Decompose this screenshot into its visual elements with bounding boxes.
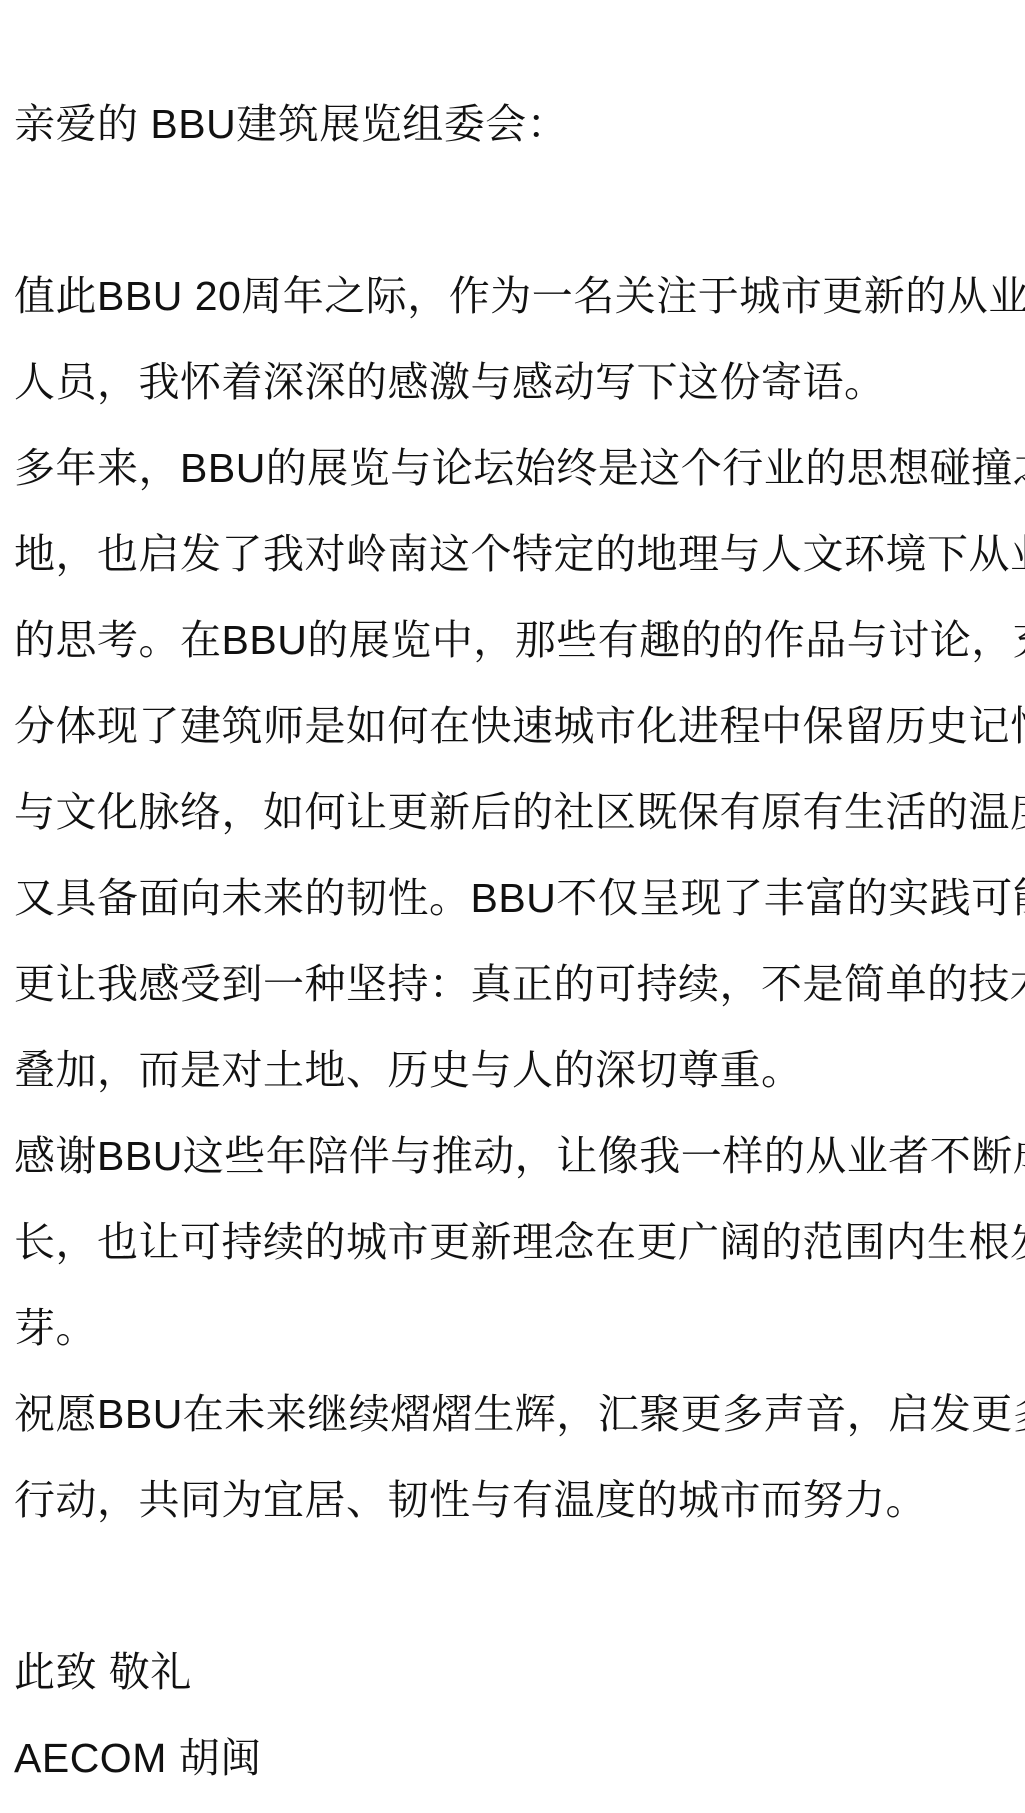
body-line: 与文化脉络，如何让更新后的社区既保有原有生活的温度， [14,769,1025,855]
body-line: 又具备面向未来的韧性。BBU不仅呈现了丰富的实践可能， [14,855,1025,941]
body-line: 多年来，BBU的展览与论坛始终是这个行业的思想碰撞之 [14,425,1025,511]
blank-line [14,1543,1025,1629]
body-line: 更让我感受到一种坚持：真正的可持续，不是简单的技术 [14,941,1025,1027]
blank-line [14,167,1025,253]
body-line: 人员，我怀着深深的感激与感动写下这份寄语。 [14,339,1025,425]
body-line: 芽。 [14,1285,1025,1371]
body-line: 行动，共同为宜居、韧性与有温度的城市而努力。 [14,1457,1025,1543]
body-line: 叠加，而是对土地、历史与人的深切尊重。 [14,1027,1025,1113]
letter-page: 亲爱的 BBU建筑展览组委会： 值此BBU 20周年之际，作为一名关注于城市更新… [0,0,1025,1813]
body-line: 长，也让可持续的城市更新理念在更广阔的范围内生根发 [14,1199,1025,1285]
body-line: 地，也启发了我对岭南这个特定的地理与人文环境下从业 [14,511,1025,597]
signature: AECOM 胡闽 [14,1715,1025,1801]
salutation: 亲爱的 BBU建筑展览组委会： [14,81,1025,167]
body-line: 的思考。在BBU的展览中，那些有趣的的作品与讨论，充 [14,597,1025,683]
body-line: 分体现了建筑师是如何在快速城市化进程中保留历史记忆 [14,683,1025,769]
body-line: 祝愿BBU在未来继续熠熠生辉，汇聚更多声音，启发更多 [14,1371,1025,1457]
closing: 此致 敬礼 [14,1629,1025,1715]
body-line: 感谢BBU这些年陪伴与推动，让像我一样的从业者不断成 [14,1113,1025,1199]
body-line: 值此BBU 20周年之际，作为一名关注于城市更新的从业 [14,253,1025,339]
